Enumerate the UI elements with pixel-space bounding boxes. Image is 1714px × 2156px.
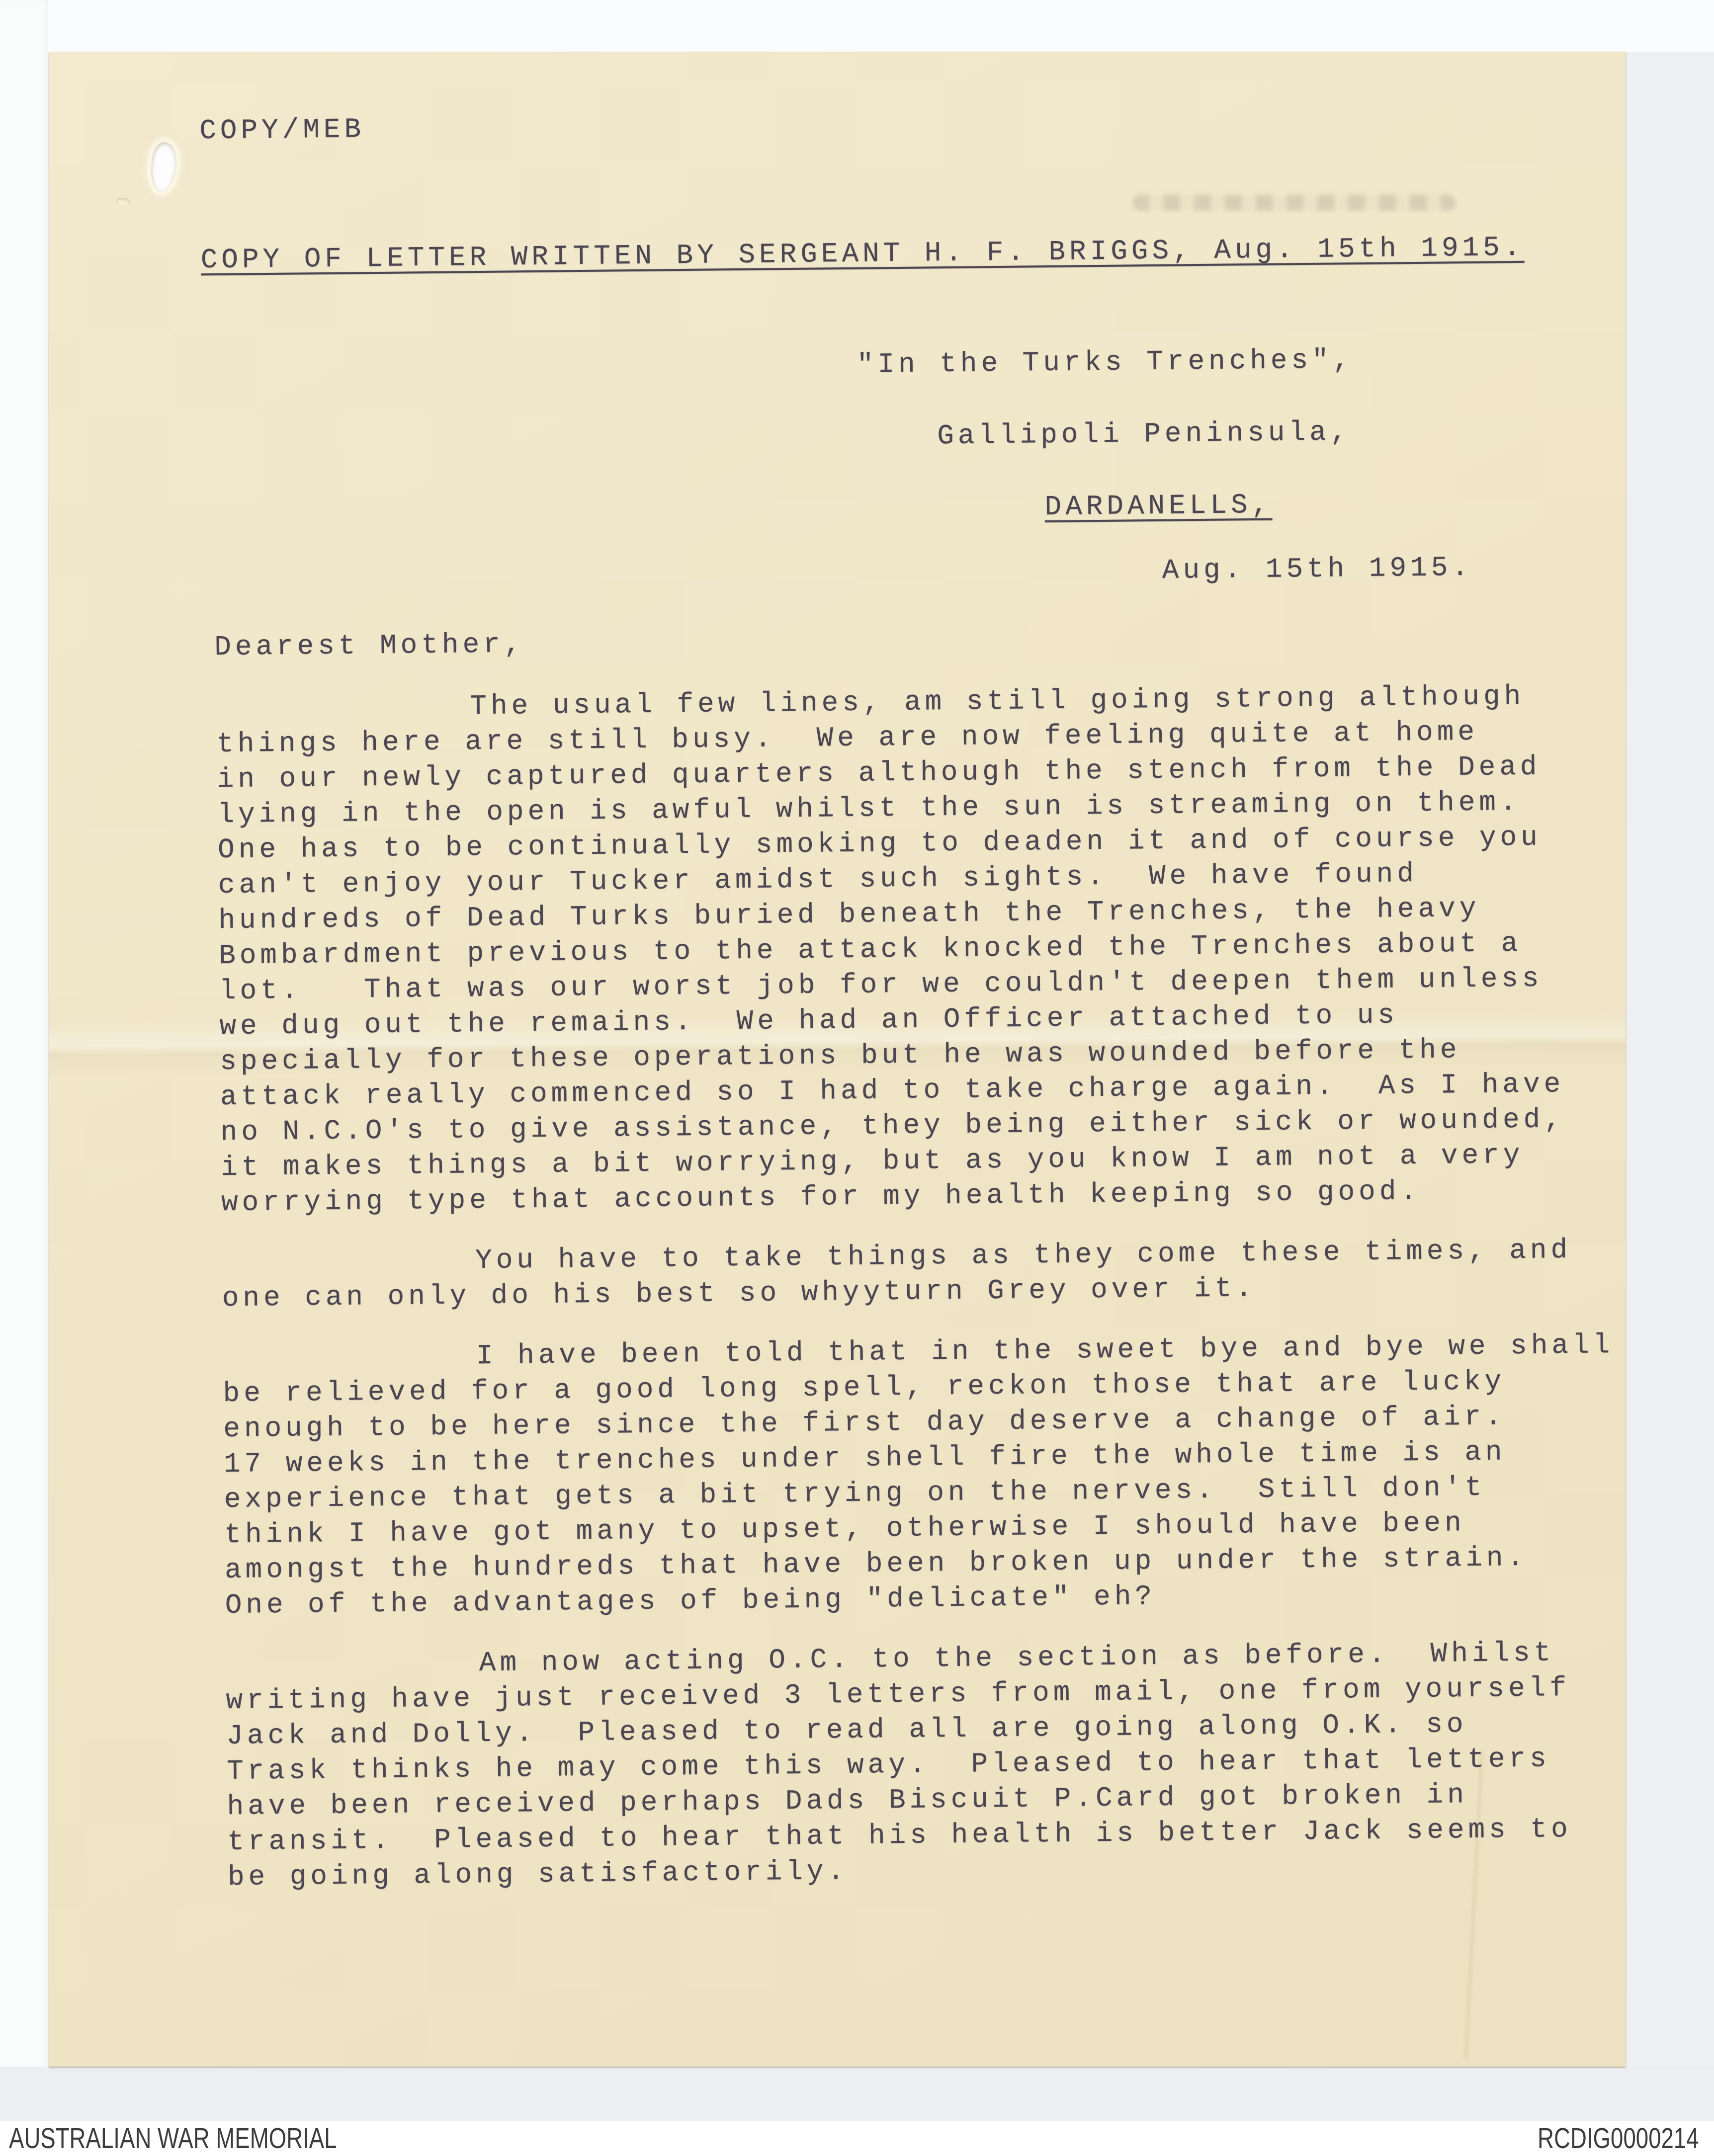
- footer-bar: AUSTRALIAN WAR MEMORIAL RCDIG0000214: [0, 2121, 1714, 2156]
- paragraph-2: You have to take things as they come the…: [222, 1232, 1614, 1316]
- paragraph-3: I have been told that in the sweet bye a…: [223, 1327, 1617, 1623]
- copy-stamp: COPY/MEB: [199, 112, 365, 149]
- letter-body: The usual few lines, am still going stro…: [216, 678, 1620, 1920]
- archive-name-label: AUSTRALIAN WAR MEMORIAL: [9, 2121, 337, 2156]
- salutation: Dearest Mother,: [214, 627, 525, 665]
- address-line-4: Aug. 15th 1915.: [1162, 550, 1473, 588]
- scan-background-bottom: [0, 2067, 1714, 2121]
- typed-content: COPY/MEB COPY OF LETTER WRITTEN BY SERGE…: [39, 44, 1635, 2074]
- address-line-3: DARDANELLS,: [1044, 488, 1272, 525]
- address-line-2: Gallipoli Peninsula,: [937, 415, 1351, 454]
- scanned-letter-page: COPY/MEB COPY OF LETTER WRITTEN BY SERGE…: [0, 0, 1714, 2156]
- record-id-label: RCDIG0000214: [1538, 2121, 1699, 2156]
- letter-paper: COPY/MEB COPY OF LETTER WRITTEN BY SERGE…: [49, 52, 1626, 2067]
- address-line-1: "In the Turks Trenches",: [857, 342, 1354, 383]
- scan-background-top: [0, 0, 1714, 52]
- paragraph-4: Am now acting O.C. to the section as bef…: [226, 1635, 1620, 1895]
- letter-heading: COPY OF LETTER WRITTEN BY SERGEANT H. F.…: [200, 230, 1524, 278]
- paragraph-1: The usual few lines, am still going stro…: [216, 678, 1613, 1221]
